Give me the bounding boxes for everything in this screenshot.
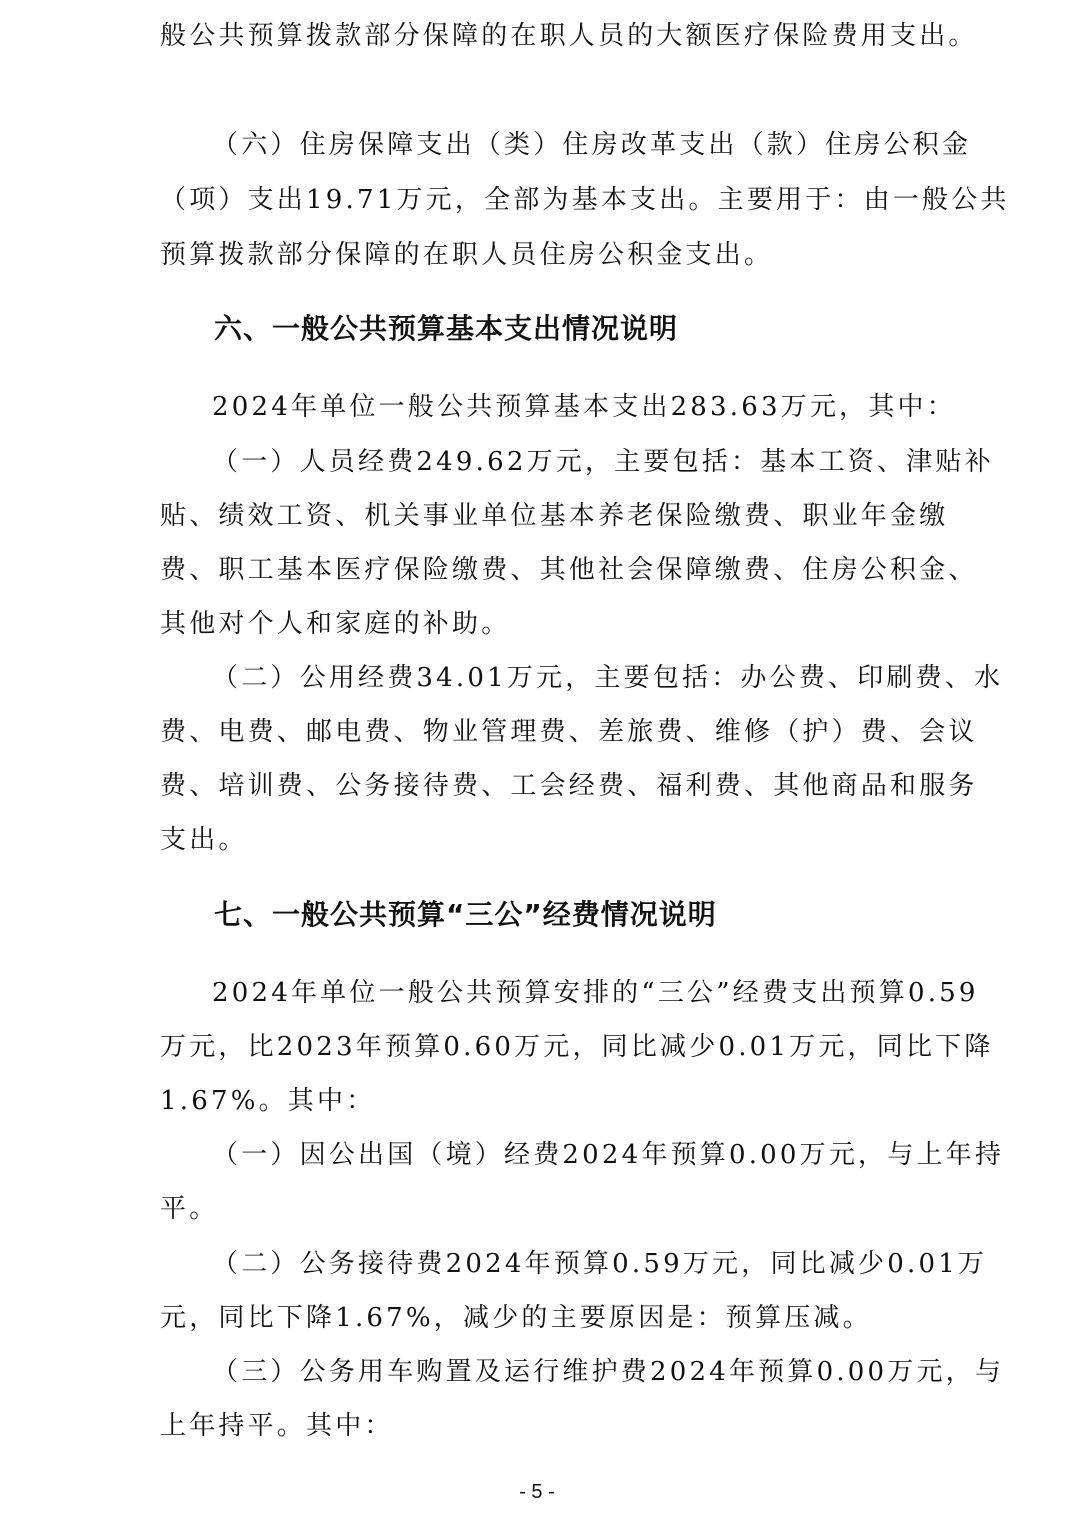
page-number: - 5 - [0,1480,1074,1504]
paragraph-line: 费、职工基本医疗保险缴费、其他社会保障缴费、住房公积金、 [160,554,930,586]
section-heading-three-public-expenses: 七、一般公共预算“三公”经费情况说明 [214,898,717,932]
paragraph-line: （一）因公出国（境）经费2024年预算0.00万元，与上年持 [212,1139,930,1171]
paragraph-line: （三）公务用车购置及运行维护费2024年预算0.00万元，与 [212,1356,930,1388]
paragraph-line: 其他对个人和家庭的补助。 [160,608,930,640]
paragraph-line: 支出。 [160,824,930,856]
paragraph-line: （一）人员经费249.62万元，主要包括：基本工资、津贴补 [212,446,930,478]
paragraph-line: 上年持平。其中： [160,1410,930,1442]
paragraph-line: 元，同比下降1.67%，减少的主要原因是：预算压减。 [160,1302,930,1334]
paragraph-line: 费、电费、邮电费、物业管理费、差旅费、维修（护）费、会议 [160,716,930,748]
paragraph-line: （二）公用经费34.01万元，主要包括：办公费、印刷费、水 [212,662,930,694]
paragraph-line: （二）公务接待费2024年预算0.59万元，同比减少0.01万 [212,1248,930,1280]
paragraph-line: 2024年单位一般公共预算基本支出283.63万元，其中： [212,391,930,423]
paragraph-line: （六）住房保障支出（类）住房改革支出（款）住房公积金 [212,129,930,161]
paragraph-line: 平。 [160,1193,930,1225]
document-page: 般公共预算拨款部分保障的在职人员的大额医疗保险费用支出。 （六）住房保障支出（类… [0,0,1074,1520]
paragraph-line: 2024年单位一般公共预算安排的“三公”经费支出预算0.59 [212,977,930,1009]
paragraph-line: 贴、绩效工资、机关事业单位基本养老保险缴费、职业年金缴 [160,500,930,532]
paragraph-line: 费、培训费、公务接待费、工会经费、福利费、其他商品和服务 [160,770,930,802]
paragraph-line: 预算拨款部分保障的在职人员住房公积金支出。 [160,239,930,271]
section-heading-basic-expenditure: 六、一般公共预算基本支出情况说明 [214,312,678,346]
paragraph-line: 万元，比2023年预算0.60万元，同比减少0.01万元，同比下降 [160,1031,930,1063]
paragraph-line: （项）支出19.71万元，全部为基本支出。主要用于：由一般公共 [160,184,930,216]
paragraph-line: 1.67%。其中： [160,1085,930,1117]
paragraph-line: 般公共预算拨款部分保障的在职人员的大额医疗保险费用支出。 [160,20,930,52]
